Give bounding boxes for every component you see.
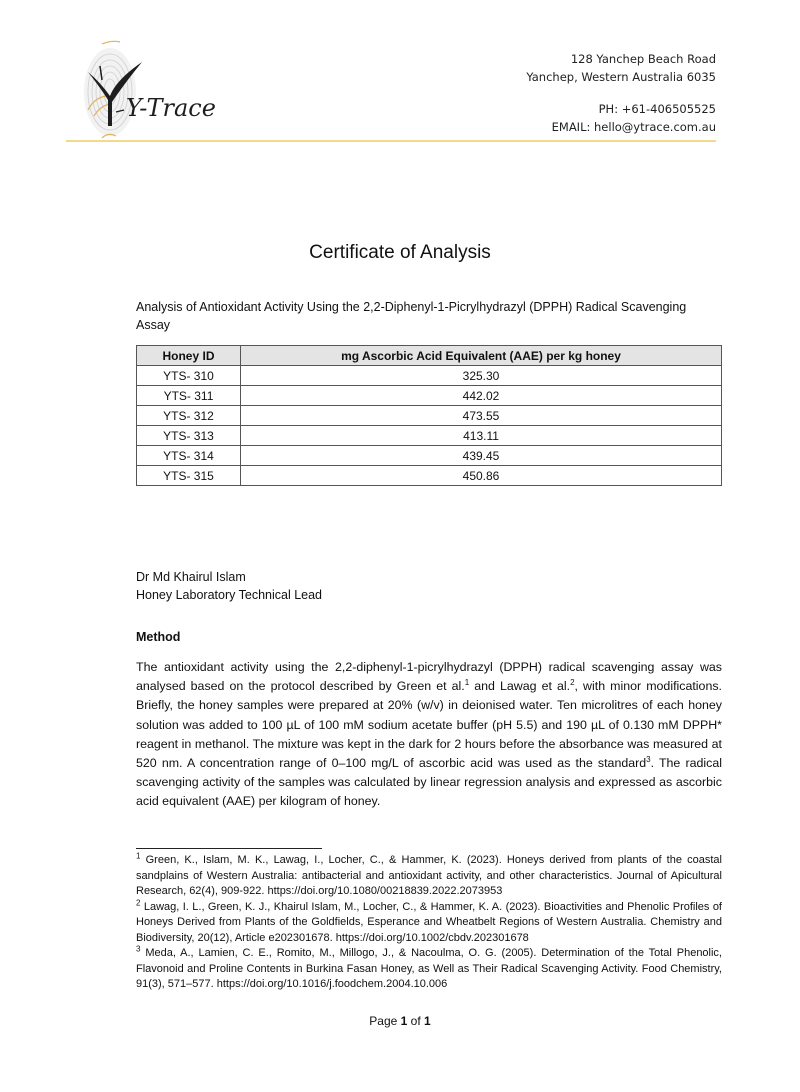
footnotes: 1 Green, K., Islam, M. K., Lawag, I., Lo… [136,853,722,993]
method-heading: Method [136,630,180,644]
honey-id-cell: YTS- 311 [137,386,241,406]
signatory-role: Honey Laboratory Technical Lead [136,586,322,604]
footnote-3: 3 Meda, A., Lamien, C. E., Romito, M., M… [136,946,722,993]
page-number: Page 1 of 1 [0,1014,800,1028]
footnote-2: 2 Lawag, I. L., Green, K. J., Khairul Is… [136,900,722,947]
honey-id-cell: YTS- 314 [137,446,241,466]
table-row: YTS- 315450.86 [137,466,722,486]
contact-block: 128 Yanchep Beach Road Yanchep, Western … [526,50,716,136]
ytrace-logo: Y-Trace [72,30,222,145]
address-line-1: 128 Yanchep Beach Road [526,50,716,68]
table-row: YTS- 312473.55 [137,406,722,426]
document-title: Certificate of Analysis [0,242,800,264]
table-row: YTS- 311442.02 [137,386,722,406]
header-divider [66,140,716,142]
document-subtitle: Analysis of Antioxidant Activity Using t… [136,298,722,334]
aae-value-cell: 442.02 [241,386,722,406]
phone: PH: +61-406505525 [526,100,716,118]
ytrace-logo-icon: Y-Trace [72,30,222,145]
footnote-divider [136,848,322,849]
honey-id-cell: YTS- 312 [137,406,241,426]
results-table: Honey ID mg Ascorbic Acid Equivalent (AA… [136,345,722,486]
aae-value-cell: 439.45 [241,446,722,466]
aae-value-cell: 413.11 [241,426,722,446]
table-row: YTS- 313413.11 [137,426,722,446]
signatory-name: Dr Md Khairul Islam [136,568,322,586]
address-line-2: Yanchep, Western Australia 6035 [526,68,716,86]
honey-id-cell: YTS- 313 [137,426,241,446]
honey-id-cell: YTS- 310 [137,366,241,386]
table-row: YTS- 310325.30 [137,366,722,386]
honey-id-cell: YTS- 315 [137,466,241,486]
email: EMAIL: hello@ytrace.com.au [526,118,716,136]
footnote-1: 1 Green, K., Islam, M. K., Lawag, I., Lo… [136,853,722,900]
aae-value-cell: 450.86 [241,466,722,486]
column-header-aae: mg Ascorbic Acid Equivalent (AAE) per kg… [241,346,722,366]
method-paragraph: The antioxidant activity using the 2,2-d… [136,658,722,812]
aae-value-cell: 325.30 [241,366,722,386]
table-row: YTS- 314439.45 [137,446,722,466]
signatory-block: Dr Md Khairul Islam Honey Laboratory Tec… [136,568,322,604]
column-header-honey-id: Honey ID [137,346,241,366]
svg-text:Y-Trace: Y-Trace [126,94,216,122]
aae-value-cell: 473.55 [241,406,722,426]
table-header-row: Honey ID mg Ascorbic Acid Equivalent (AA… [137,346,722,366]
